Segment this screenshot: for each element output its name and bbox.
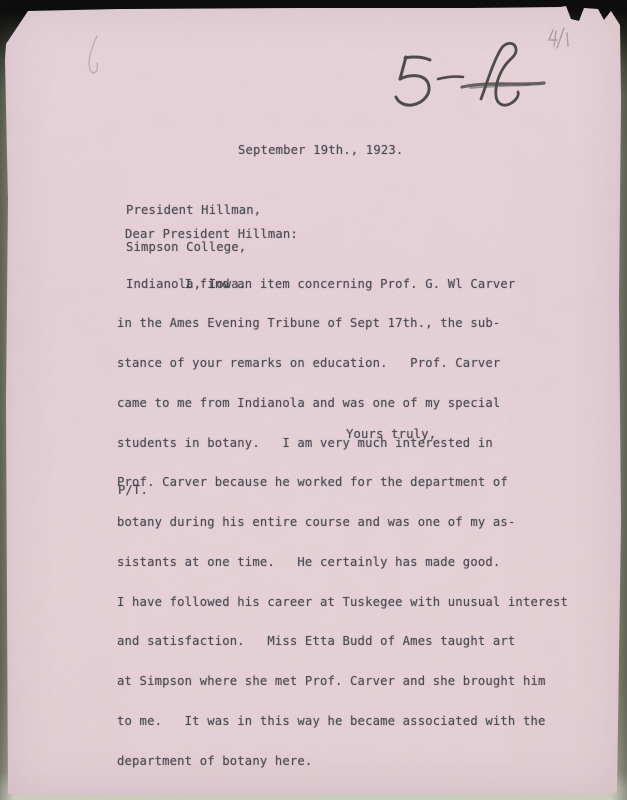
handwritten-file-mark [396, 43, 544, 105]
handwritten-corner-mark [549, 28, 568, 48]
pencil-squiggle [89, 36, 97, 73]
pencil-annotations [0, 0, 627, 800]
letter-paper: September 19th., 1923. President Hillman… [0, 0, 627, 800]
scanned-letter-photo: September 19th., 1923. President Hillman… [0, 0, 627, 800]
